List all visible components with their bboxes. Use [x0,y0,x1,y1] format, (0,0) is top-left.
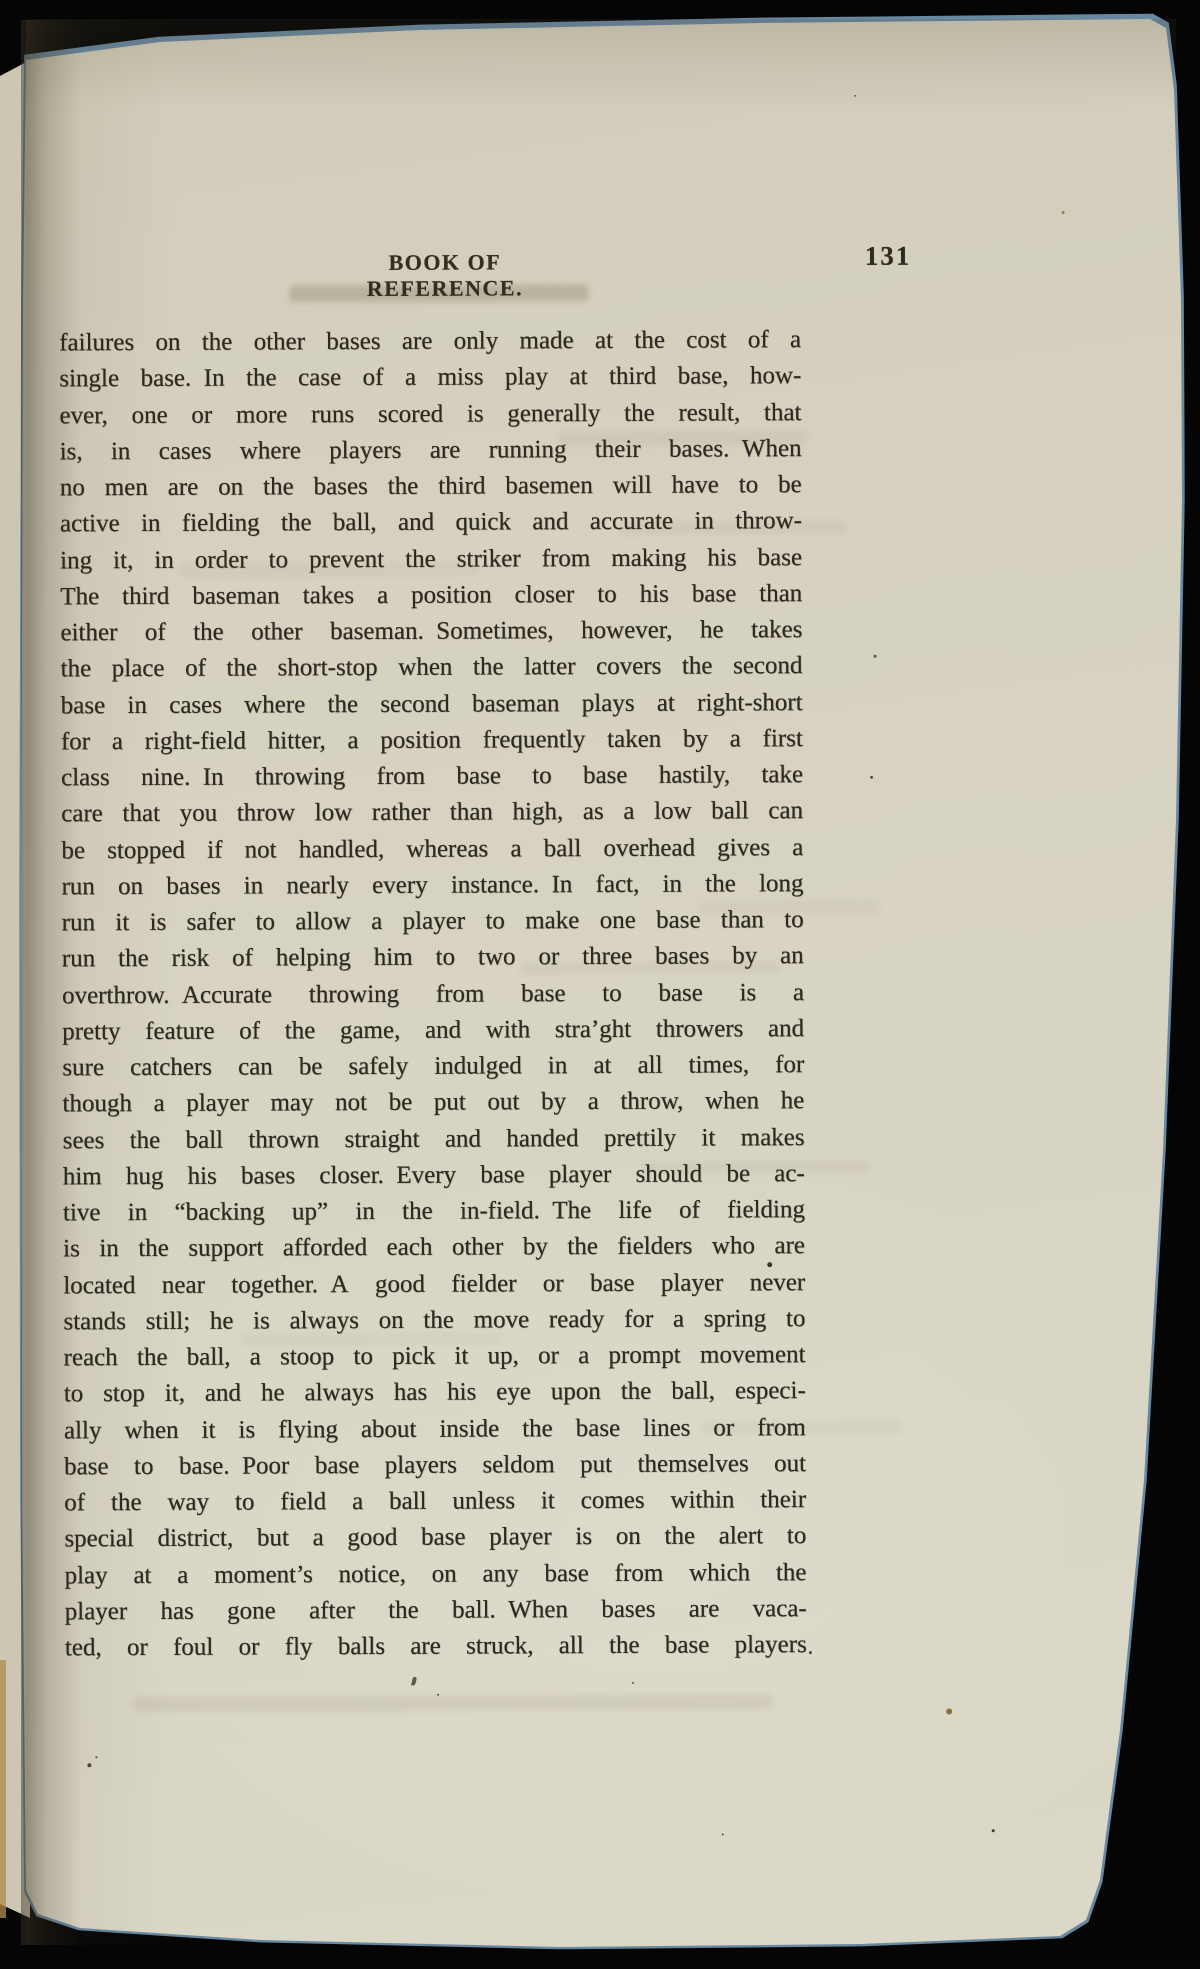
foxing-spot [1062,211,1065,214]
text-line: seestheballthrownstraightandhandedpretti… [63,1124,805,1163]
ink-speck [992,1829,995,1832]
text-line: reachtheball,astooptopickitup,orapromptm… [64,1341,806,1380]
text-line: playerhasgoneaftertheball. Whenbasesarev… [65,1595,807,1634]
ink-speck [870,776,873,779]
ink-speck [95,1756,97,1758]
text-line: ofthewaytofieldaballunlessitcomeswithint… [64,1486,806,1525]
page-number: 131 [865,241,912,272]
text-line: tostopit,andhealwayshashiseyeupontheball… [64,1377,806,1416]
text-line: singlebase. Inthecaseofamissplayatthirdb… [59,362,801,401]
text-line: classnine. Inthrowingfrombasetobasehasti… [61,761,803,800]
text-line: thoughaplayermaynotbeputoutbyathrow,when… [62,1087,804,1126]
text-line: carethatyouthrowlowratherthanhigh,asalow… [61,797,803,836]
ink-speck [874,655,877,658]
text-line: ingit,inordertopreventthestrikerfrommaki… [60,544,802,583]
text-line: allywhenitisflyingaboutinsidethebaseline… [64,1414,806,1453]
ink-speck [854,95,856,97]
ink-speck [722,1833,724,1835]
text-line: Thethirdbasemantakesapositionclosertohis… [60,580,802,619]
showthrough-smudge [133,1694,773,1712]
foxing-spot [946,1708,952,1714]
text-line: standsstill;heisalwaysonthemovereadyfora… [63,1305,805,1344]
stray-mark [411,1676,417,1686]
text-line: ted,orfoulorflyballsarestruck,allthebase… [65,1631,807,1670]
ink-speck [437,1694,439,1696]
text-line: eitheroftheotherbaseman. Sometimes,howev… [60,616,802,655]
ink-speck [87,1763,91,1767]
scanned-book-photo: BOOK OF REFERENCE. 131 failuresontheothe… [0,0,1200,1969]
body-text: failuresontheotherbasesareonlymadeatthec… [59,326,807,1670]
text-line: overthrow. Accuratethrowingfrombasetobas… [62,979,804,1018]
text-line: basetobase. Poorbaseplayersseldomputthem… [64,1450,806,1489]
text-line: runitissafertoallowaplayertomakeonebaset… [62,906,804,945]
text-line: locatedneartogether. Agoodfielderorbasep… [63,1269,805,1308]
text-line: surecatcherscanbesafelyindulgedinatallti… [62,1051,804,1090]
text-line: baseincaseswherethesecondbasemanplaysatr… [61,689,803,728]
running-head-title: BOOK OF REFERENCE. [315,249,575,302]
ink-speck [809,1651,812,1654]
text-line: runonbasesinnearlyeveryinstance. Infact,… [62,870,804,909]
text-line: failuresontheotherbasesareonlymadeatthec… [59,326,801,365]
text-line: bestoppedifnothandled,whereasaballoverhe… [61,834,803,873]
text-line: theplaceoftheshort-stopwhenthelattercove… [61,652,803,691]
text-line: himhughisbasescloser. Everybaseplayersho… [63,1160,805,1199]
text-line: isinthesupportaffordedeachotherbythefiel… [63,1232,805,1271]
text-line: specialdistrict,butagoodbaseplayerisonth… [64,1522,806,1561]
page-content: BOOK OF REFERENCE. 131 failuresontheothe… [0,0,1200,1969]
text-line: foraright-fieldhitter,apositionfrequentl… [61,725,803,764]
text-line: nomenareonthebasesthethirdbasemenwillhav… [60,471,802,510]
text-line: playatamoment’snotice,onanybasefromwhich… [65,1559,807,1598]
text-line: tivein“backingup”inthein-field. Thelifeo… [63,1196,805,1235]
ink-speck [767,1262,772,1267]
text-line: prettyfeatureofthegame,andwithstra’ghtth… [62,1015,804,1054]
text-line: activeinfieldingtheball,andquickandaccur… [60,507,802,546]
ink-speck [632,1682,634,1684]
text-line: runtheriskofhelpinghimtotwoorthreebasesb… [62,942,804,981]
text-line: is,incaseswhereplayersarerunningtheirbas… [60,435,802,474]
text-line: ever,oneormorerunsscoredisgenerallythere… [59,399,801,438]
